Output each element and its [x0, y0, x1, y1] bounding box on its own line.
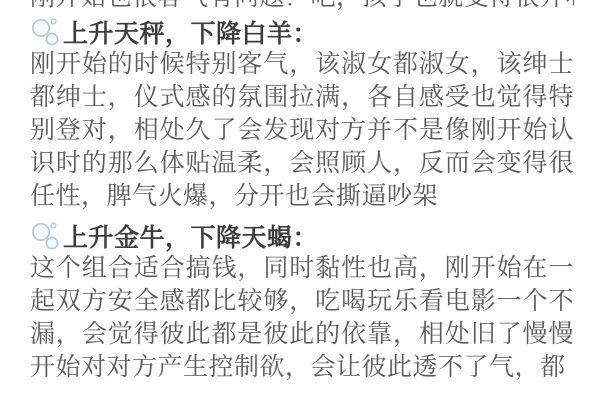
bubbles-icon [30, 16, 62, 48]
section-body-taurus-scorpio: 这个组合适合搞钱，同时黏性也高，刚开始在一起双方安全感都比较够，吃喝玩乐看电影一… [30, 252, 574, 384]
clipped-top-line-text: 刚开始也很客气有问题？吧，孩子也就变得很开心 [30, 0, 574, 13]
section-heading-taurus-scorpio: 上升金牛，下降天蝎： [30, 219, 574, 252]
section-heading-label: 上升天秤，下降白羊： [63, 14, 318, 50]
article: 刚开始也很客气有问题？吧，孩子也就变得很开心 上升天秤，下降白羊： 刚开始的时候… [0, 0, 600, 384]
article-page: 刚开始也很客气有问题？吧，孩子也就变得很开心 上升天秤，下降白羊： 刚开始的时候… [0, 0, 600, 400]
section-heading-libra-aries: 上升天秤，下降白羊： [30, 15, 574, 48]
section-body-libra-aries: 刚开始的时候特别客气，该淑女都淑女，该绅士都绅士，仪式感的氛围拉满，各自感受也觉… [30, 48, 574, 213]
section-heading-label: 上升金牛，下降天蝎： [63, 218, 318, 254]
clipped-top-line: 刚开始也很客气有问题？吧，孩子也就变得很开心 [30, 0, 574, 13]
bubbles-icon [30, 220, 62, 252]
